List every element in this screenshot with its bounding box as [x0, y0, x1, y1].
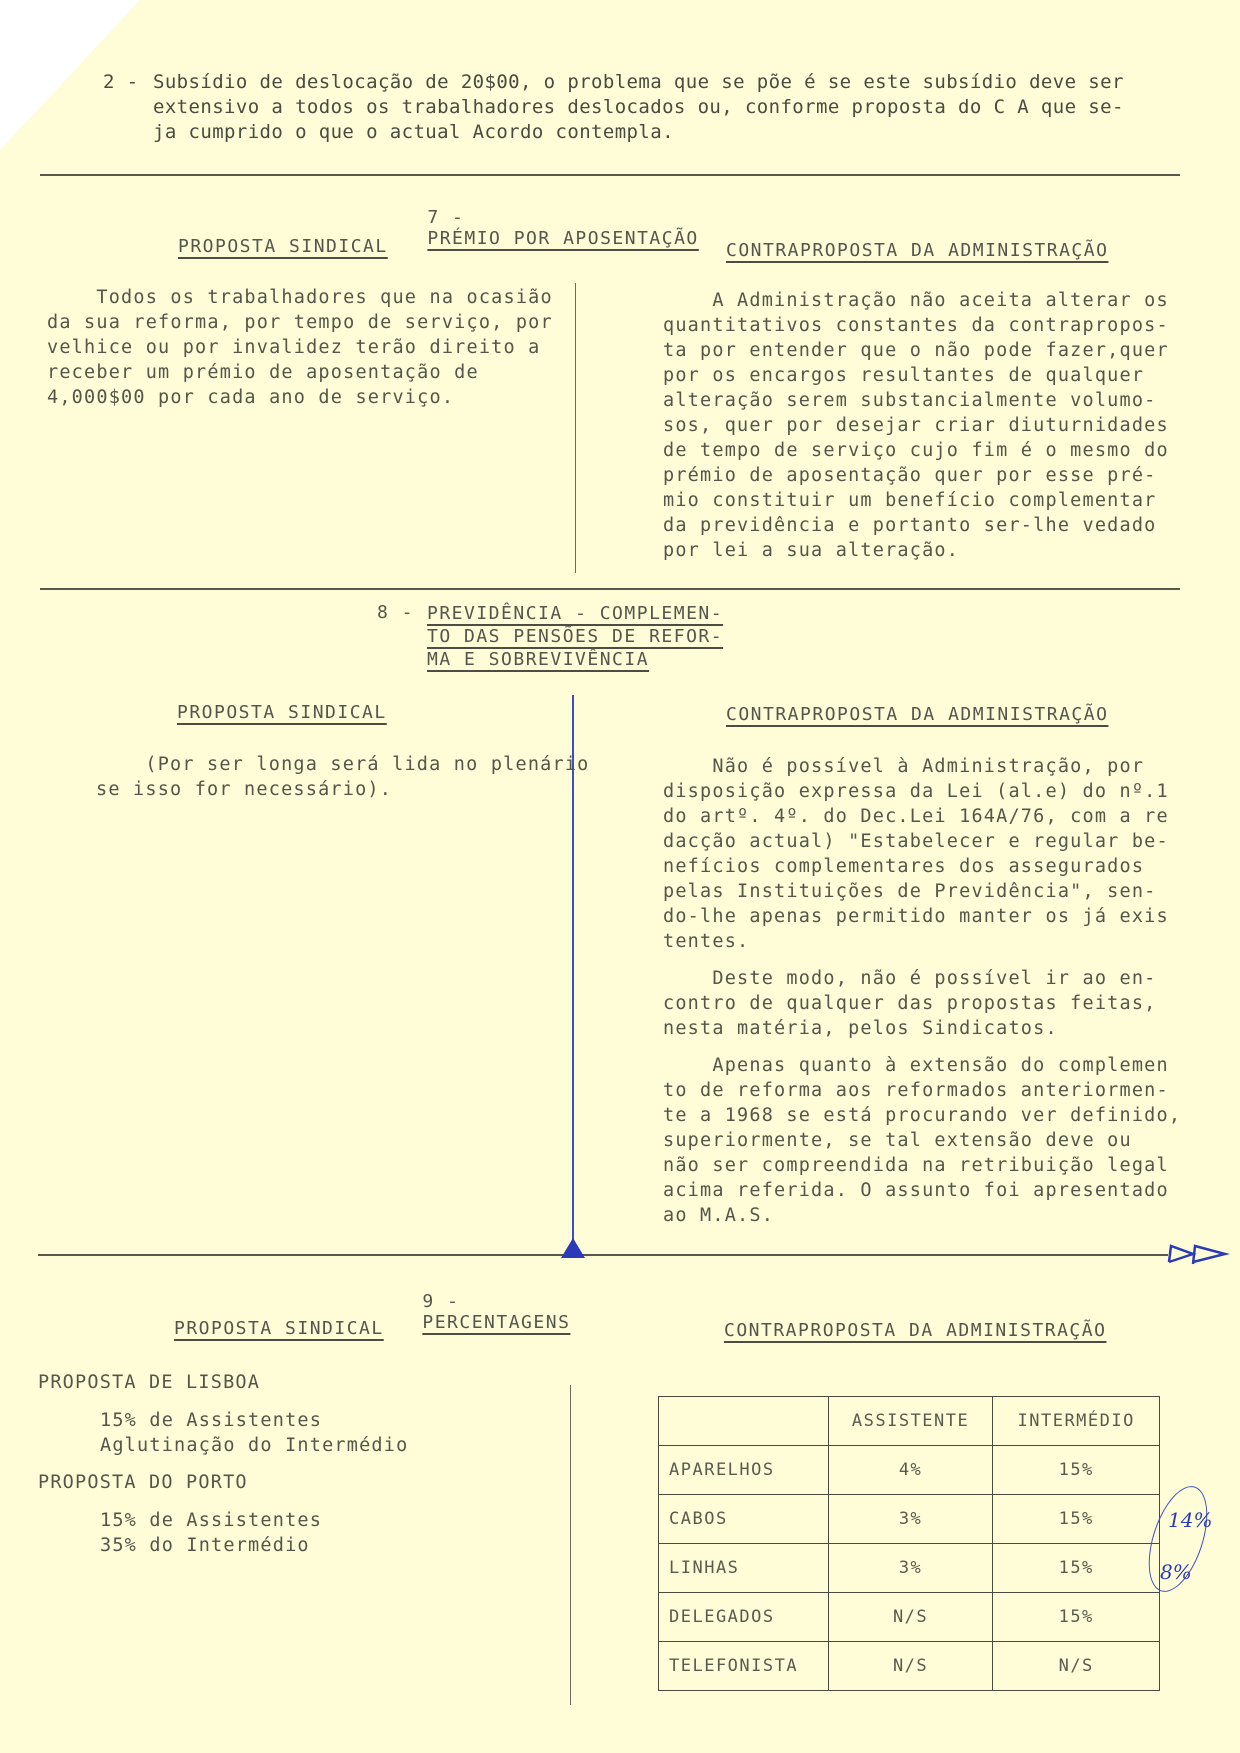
porto-item-2: 35% do Intermédio [100, 1533, 310, 1558]
divider-3 [38, 1254, 1168, 1256]
lisboa-item-2: Aglutinação do Intermédio [100, 1433, 408, 1458]
text-line: ja cumprido o que o actual Acordo contem… [153, 120, 1124, 145]
handwritten-annotation-bottom: 8% [1160, 1560, 1192, 1584]
section-8-title-line: PREVIDÊNCIA - COMPLEMEN- [427, 602, 723, 626]
section-7-right-heading: CONTRAPROPOSTA DA ADMINISTRAÇÃO [726, 240, 1108, 261]
section-7-left-heading: PROPOSTA SINDICAL [178, 236, 388, 257]
paragraph: Deste modo, não é possível ir ao en-cont… [663, 966, 1181, 1041]
text-line: sos, quer por desejar criar diuturnidade… [663, 413, 1169, 438]
table-row-label: APARELHOS [659, 1446, 829, 1495]
table-row: CABOS3%15% [659, 1495, 1160, 1544]
table-row: DELEGADOSN/S15% [659, 1593, 1160, 1642]
table-header-cell: INTERMÉDIO [993, 1397, 1160, 1446]
text-line: superiormente, se tal extensão deve ou [663, 1128, 1181, 1153]
text-line: Subsídio de deslocação de 20$00, o probl… [153, 70, 1124, 95]
text-line: to de reforma aos reformados anteriormen… [663, 1078, 1181, 1103]
section-9-title: 9 - PERCENTAGENS [373, 1270, 570, 1354]
section-8-number: 8 - [377, 602, 414, 623]
scanned-page: 2 - Subsídio de deslocação de 20$00, o p… [0, 0, 1240, 1753]
section-9-left-heading: PROPOSTA SINDICAL [174, 1318, 384, 1339]
text-line: te a 1968 se está procurando ver definid… [663, 1103, 1181, 1128]
table-cell: 15% [993, 1593, 1160, 1642]
text-line: tentes. [663, 929, 1181, 954]
text-line: da previdência e portanto ser-lhe vedado [663, 513, 1169, 538]
section-9-column-divider [570, 1385, 571, 1705]
table-row: APARELHOS4%15% [659, 1446, 1160, 1495]
porto-item-1: 15% de Assistentes [100, 1508, 322, 1533]
table-header-cell [659, 1397, 829, 1446]
text-line: do artº. 4º. do Dec.Lei 164A/76, com a r… [663, 804, 1181, 829]
section-8-left-heading: PROPOSTA SINDICAL [177, 702, 387, 723]
table-row-label: TELEFONISTA [659, 1642, 829, 1691]
section-7-number: 7 - [427, 207, 464, 228]
text-line: mio constituir um benefício complementar [663, 488, 1169, 513]
table-header-cell: ASSISTENTE [828, 1397, 993, 1446]
text-line: de tempo de serviço cujo fim é o mesmo d… [663, 438, 1169, 463]
table-row-label: CABOS [659, 1495, 829, 1544]
section-8-title: PREVIDÊNCIA - COMPLEMEN-TO DAS PENSÕES D… [427, 602, 723, 671]
divider-2 [40, 588, 1180, 590]
text-line: não ser compreendida na retribuição lega… [663, 1153, 1181, 1178]
text-line: velhice ou por invalidez terão direito a [47, 335, 553, 360]
divider-1 [40, 174, 1180, 176]
porto-label: PROPOSTA DO PORTO [38, 1470, 248, 1495]
text-line: do-lhe apenas permitido manter os já exi… [663, 904, 1181, 929]
text-line: da sua reforma, por tempo de serviço, po… [47, 310, 553, 335]
percentages-table: ASSISTENTEINTERMÉDIOAPARELHOS4%15%CABOS3… [658, 1396, 1160, 1691]
pen-arrow-mark [555, 1236, 591, 1262]
text-line: ta por entender que o não pode fazer,que… [663, 338, 1169, 363]
table-row: TELEFONISTAN/SN/S [659, 1642, 1160, 1691]
section-8-title-line: TO DAS PENSÕES DE REFOR- [427, 625, 723, 649]
table-cell: N/S [993, 1642, 1160, 1691]
table-cell: N/S [828, 1593, 993, 1642]
section-7-left-text: Todos os trabalhadores que na ocasiãoda … [47, 285, 553, 410]
text-line: Não é possível à Administração, por [663, 754, 1181, 779]
table-header-row: ASSISTENTEINTERMÉDIO [659, 1397, 1160, 1446]
text-line: receber um prémio de aposentação de [47, 360, 553, 385]
text-line: nesta matéria, pelos Sindicatos. [663, 1016, 1181, 1041]
section-7-title-text: PRÉMIO POR APOSENTAÇÃO [427, 228, 698, 249]
lisboa-item-1: 15% de Assistentes [100, 1408, 322, 1433]
text-line: quantitativos constantes da contrapropos… [663, 313, 1169, 338]
paragraph: Não é possível à Administração, pordispo… [663, 754, 1181, 954]
table-cell: 3% [828, 1544, 993, 1593]
text-line: nefícios complementares dos assegurados [663, 854, 1181, 879]
table-cell: 15% [993, 1495, 1160, 1544]
text-line: A Administração não aceita alterar os [663, 288, 1169, 313]
text-line: (Por ser longa será lida no plenário [96, 752, 590, 777]
section-8-left-text: (Por ser longa será lida no plenáriose i… [96, 752, 590, 802]
text-line: Todos os trabalhadores que na ocasião [47, 285, 553, 310]
table-row: LINHAS3%15% [659, 1544, 1160, 1593]
table-cell: 15% [993, 1446, 1160, 1495]
text-line: Apenas quanto à extensão do complemen [663, 1053, 1181, 1078]
text-line: extensivo a todos os trabalhadores deslo… [153, 95, 1124, 120]
item-2-text: Subsídio de deslocação de 20$00, o probl… [153, 70, 1124, 145]
text-line: por lei a sua alteração. [663, 538, 1169, 563]
section-9-right-heading: CONTRAPROPOSTA DA ADMINISTRAÇÃO [724, 1320, 1106, 1341]
text-line: acima referida. O assunto foi apresentad… [663, 1178, 1181, 1203]
lisboa-label: PROPOSTA DE LISBOA [38, 1370, 260, 1395]
text-line: por os encargos resultantes de qualquer [663, 363, 1169, 388]
text-line: dacção actual) "Estabelecer e regular be… [663, 829, 1181, 854]
table-cell: 3% [828, 1495, 993, 1544]
text-line: 4,000$00 por cada ano de serviço. [47, 385, 553, 410]
section-8-right-text: Não é possível à Administração, pordispo… [663, 754, 1181, 1228]
table-row-label: DELEGADOS [659, 1593, 829, 1642]
text-line: disposição expressa da Lei (al.e) do nº.… [663, 779, 1181, 804]
text-line: pelas Instituições de Previdência", sen- [663, 879, 1181, 904]
section-9-number: 9 - [422, 1291, 459, 1312]
text-line: Deste modo, não é possível ir ao en- [663, 966, 1181, 991]
table-cell: N/S [828, 1642, 993, 1691]
table-cell: 15% [993, 1544, 1160, 1593]
text-line: ao M.A.S. [663, 1203, 1181, 1228]
section-8-right-heading: CONTRAPROPOSTA DA ADMINISTRAÇÃO [726, 704, 1108, 725]
section-9-title-text: PERCENTAGENS [422, 1312, 570, 1333]
section-7-title: 7 - PRÉMIO POR APOSENTAÇÃO [378, 186, 699, 270]
section-7-right-text: A Administração não aceita alterar osqua… [663, 288, 1169, 563]
section-8-title-line: MA E SOBREVIVÊNCIA [427, 648, 723, 672]
item-2-number: 2 - [103, 70, 139, 95]
text-line: se isso for necessário). [96, 777, 590, 802]
text-line: contro de qualquer das propostas feitas, [663, 991, 1181, 1016]
paragraph: Apenas quanto à extensão do complemento … [663, 1053, 1181, 1228]
section-7-column-divider [575, 283, 576, 573]
handwritten-annotation-top: 14% [1168, 1508, 1212, 1532]
table-row-label: LINHAS [659, 1544, 829, 1593]
pen-arrow-marks [1165, 1242, 1235, 1268]
table-cell: 4% [828, 1446, 993, 1495]
text-line: alteração serem substancialmente volumo- [663, 388, 1169, 413]
text-line: prémio de aposentação quer por esse pré- [663, 463, 1169, 488]
